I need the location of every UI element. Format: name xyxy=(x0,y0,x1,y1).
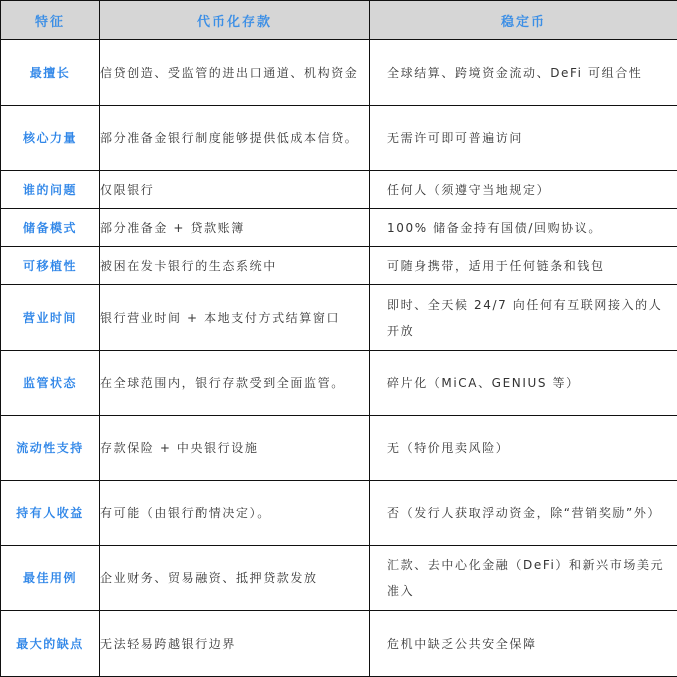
table-row: 核心力量 部分准备金银行制度能够提供低成本信贷。 无需许可即可普遍访问 xyxy=(1,106,677,171)
feature-cell: 储备模式 xyxy=(1,209,100,247)
feature-cell: 最擅长 xyxy=(1,40,100,106)
feature-cell: 最佳用例 xyxy=(1,546,100,611)
table-row: 持有人收益 有可能（由银行酌情决定）。 否（发行人获取浮动资金，除“营销奖励”外… xyxy=(1,481,677,546)
tokenized-deposits-cell: 银行营业时间 + 本地支付方式结算窗口 xyxy=(100,285,370,351)
feature-cell: 营业时间 xyxy=(1,285,100,351)
stablecoins-cell: 即时、全天候 24/7 向任何有互联网接入的人开放 xyxy=(370,285,677,351)
feature-cell: 最大的缺点 xyxy=(1,611,100,677)
tokenized-deposits-cell: 部分准备金 + 贷款账簿 xyxy=(100,209,370,247)
stablecoins-cell: 碎片化（MiCA、GENIUS 等） xyxy=(370,351,677,416)
tokenized-deposits-cell: 有可能（由银行酌情决定）。 xyxy=(100,481,370,546)
stablecoins-cell: 危机中缺乏公共安全保障 xyxy=(370,611,677,677)
table-row: 流动性支持 存款保险 + 中央银行设施 无（特价甩卖风险） xyxy=(1,416,677,481)
feature-cell: 可移植性 xyxy=(1,247,100,285)
tokenized-deposits-cell: 无法轻易跨越银行边界 xyxy=(100,611,370,677)
feature-cell: 核心力量 xyxy=(1,106,100,171)
header-stablecoins: 稳定币 xyxy=(370,1,677,40)
tokenized-deposits-cell: 被困在发卡银行的生态系统中 xyxy=(100,247,370,285)
stablecoins-cell: 否（发行人获取浮动资金，除“营销奖励”外） xyxy=(370,481,677,546)
table-row: 最擅长 信贷创造、受监管的进出口通道、机构资金 全球结算、跨境资金流动、DeFi… xyxy=(1,40,677,106)
table-row: 最佳用例 企业财务、贸易融资、抵押贷款发放 汇款、去中心化金融（DeFi）和新兴… xyxy=(1,546,677,611)
table-row: 最大的缺点 无法轻易跨越银行边界 危机中缺乏公共安全保障 xyxy=(1,611,677,677)
feature-cell: 持有人收益 xyxy=(1,481,100,546)
stablecoins-cell: 全球结算、跨境资金流动、DeFi 可组合性 xyxy=(370,40,677,106)
table-row: 营业时间 银行营业时间 + 本地支付方式结算窗口 即时、全天候 24/7 向任何… xyxy=(1,285,677,351)
table-row: 可移植性 被困在发卡银行的生态系统中 可随身携带，适用于任何链条和钱包 xyxy=(1,247,677,285)
stablecoins-cell: 100% 储备金持有国债/回购协议。 xyxy=(370,209,677,247)
tokenized-deposits-cell: 仅限银行 xyxy=(100,171,370,209)
table-row: 监管状态 在全球范围内，银行存款受到全面监管。 碎片化（MiCA、GENIUS … xyxy=(1,351,677,416)
stablecoins-cell: 汇款、去中心化金融（DeFi）和新兴市场美元准入 xyxy=(370,546,677,611)
tokenized-deposits-cell: 在全球范围内，银行存款受到全面监管。 xyxy=(100,351,370,416)
feature-cell: 监管状态 xyxy=(1,351,100,416)
tokenized-deposits-cell: 信贷创造、受监管的进出口通道、机构资金 xyxy=(100,40,370,106)
table-body: 最擅长 信贷创造、受监管的进出口通道、机构资金 全球结算、跨境资金流动、DeFi… xyxy=(1,40,677,677)
header-tokenized-deposits: 代币化存款 xyxy=(100,1,370,40)
tokenized-deposits-cell: 部分准备金银行制度能够提供低成本信贷。 xyxy=(100,106,370,171)
stablecoins-cell: 无（特价甩卖风险） xyxy=(370,416,677,481)
tokenized-deposits-cell: 企业财务、贸易融资、抵押贷款发放 xyxy=(100,546,370,611)
feature-cell: 流动性支持 xyxy=(1,416,100,481)
stablecoins-cell: 任何人（须遵守当地规定） xyxy=(370,171,677,209)
header-row: 特征 代币化存款 稳定币 xyxy=(1,1,677,40)
stablecoins-cell: 可随身携带，适用于任何链条和钱包 xyxy=(370,247,677,285)
comparison-table: 特征 代币化存款 稳定币 最擅长 信贷创造、受监管的进出口通道、机构资金 全球结… xyxy=(0,0,677,677)
table-row: 谁的问题 仅限银行 任何人（须遵守当地规定） xyxy=(1,171,677,209)
table-header: 特征 代币化存款 稳定币 xyxy=(1,1,677,40)
tokenized-deposits-cell: 存款保险 + 中央银行设施 xyxy=(100,416,370,481)
header-feature: 特征 xyxy=(1,1,100,40)
table-row: 储备模式 部分准备金 + 贷款账簿 100% 储备金持有国债/回购协议。 xyxy=(1,209,677,247)
stablecoins-cell: 无需许可即可普遍访问 xyxy=(370,106,677,171)
feature-cell: 谁的问题 xyxy=(1,171,100,209)
